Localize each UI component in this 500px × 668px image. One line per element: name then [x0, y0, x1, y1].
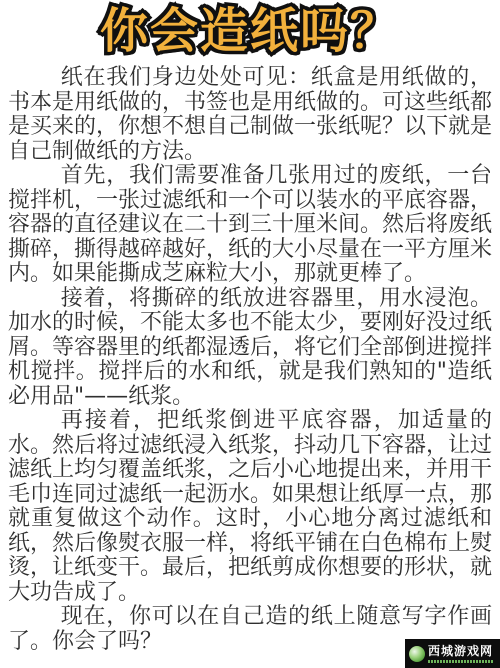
paragraph-step-soak: 接着，将撕碎的纸放进容器里，用水浸泡。加水的时候，不能太多也不能太少，要刚好没过…: [8, 287, 492, 410]
article-body: 纸在我们身边处处可见：纸盒是用纸做的，书本是用纸做的，书签也是用纸做的。可这些纸…: [0, 61, 500, 654]
watermark: 西城游戏网: [405, 639, 500, 668]
watermark-microtext-strip: [428, 660, 494, 663]
paragraph-step-mold: 再接着，把纸浆倒进平底容器，加适量的水。然后将过滤纸浸入纸浆，抖动几下容器，让过…: [8, 409, 492, 605]
paragraph-intro: 纸在我们身边处处可见：纸盒是用纸做的，书本是用纸做的，书签也是用纸做的。可这些纸…: [8, 66, 492, 164]
watermark-logo-icon: [409, 646, 425, 662]
article-page: 你会造纸吗？ 纸在我们身边处处可见：纸盒是用纸做的，书本是用纸做的，书签也是用纸…: [0, 0, 500, 668]
watermark-site-name: 西城游戏网: [428, 645, 494, 658]
watermark-text-block: 西城游戏网: [428, 645, 494, 663]
paragraph-step-prepare: 首先，我们需要准备几张用过的废纸，一台搅拌机，一张过滤纸和一个可以装水的平底容器…: [8, 164, 492, 287]
article-title: 你会造纸吗？: [0, 0, 500, 61]
